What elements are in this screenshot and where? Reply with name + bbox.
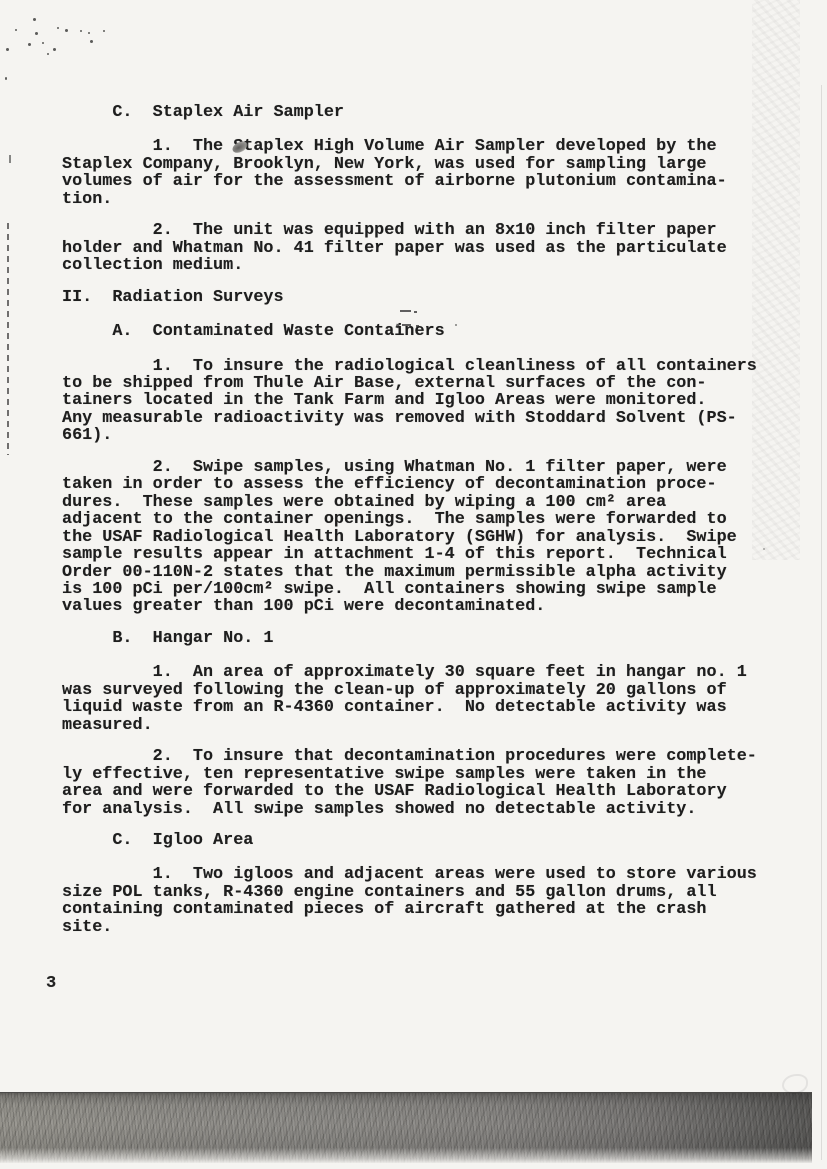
scan-speck xyxy=(42,42,44,44)
scan-speck xyxy=(90,40,93,43)
scan-right-edge-line xyxy=(821,85,822,1160)
scan-stray-dot xyxy=(455,324,457,326)
paragraph-staplex-sampler-2: 2. The unit was equipped with an 8x10 in… xyxy=(62,222,807,274)
scan-speck xyxy=(47,53,49,55)
scan-speck xyxy=(65,29,68,32)
scan-stray-dash xyxy=(400,310,411,312)
scan-stray-dash xyxy=(402,324,411,326)
scan-swirl-mark xyxy=(782,1074,808,1094)
paragraph-hangar-1: 1. An area of approximately 30 square fe… xyxy=(62,664,807,734)
heading-igloo-area: C. Igloo Area xyxy=(62,832,807,849)
heading-radiation-surveys: II. Radiation Surveys xyxy=(62,289,807,306)
scan-speck xyxy=(6,48,9,51)
scan-speck xyxy=(28,43,31,46)
scan-stray-dot xyxy=(416,325,419,327)
scan-right-mottle xyxy=(752,0,800,560)
paragraph-hangar-2: 2. To insure that decontamination proced… xyxy=(62,748,807,818)
paragraph-waste-containers-2: 2. Swipe samples, using Whatman No. 1 fi… xyxy=(62,459,807,616)
document-page: C. Staplex Air Sampler 1. The Staplex Hi… xyxy=(0,0,827,1169)
scanner-edge-band xyxy=(0,1092,812,1163)
scan-speck xyxy=(763,548,765,550)
page-number: 3 xyxy=(46,974,56,993)
scan-speck xyxy=(88,32,90,34)
scan-speck xyxy=(15,29,17,31)
scan-speck xyxy=(57,27,59,29)
paragraph-waste-containers-1: 1. To insure the radiological cleanlines… xyxy=(62,358,807,445)
heading-hangar-no-1: B. Hangar No. 1 xyxy=(62,630,807,647)
paragraph-staplex-sampler-1: 1. The Staplex High Volume Air Sampler d… xyxy=(62,138,807,208)
scan-left-tick xyxy=(9,155,11,163)
heading-staplex-air-sampler: C. Staplex Air Sampler xyxy=(62,104,807,121)
document-body: C. Staplex Air Sampler 1. The Staplex Hi… xyxy=(62,104,807,950)
scan-left-dashed-line xyxy=(7,223,9,455)
heading-contaminated-waste-containers: A. Contaminated Waste Containers xyxy=(62,323,807,340)
scan-speck xyxy=(35,32,38,35)
scan-speck xyxy=(53,48,56,51)
paragraph-igloo-area-1: 1. Two igloos and adjacent areas were us… xyxy=(62,866,807,936)
scan-speck xyxy=(33,18,36,21)
scan-speck xyxy=(103,30,105,32)
scan-stray-dot xyxy=(414,311,417,313)
scan-speck xyxy=(5,77,7,80)
scan-speck xyxy=(80,30,82,32)
